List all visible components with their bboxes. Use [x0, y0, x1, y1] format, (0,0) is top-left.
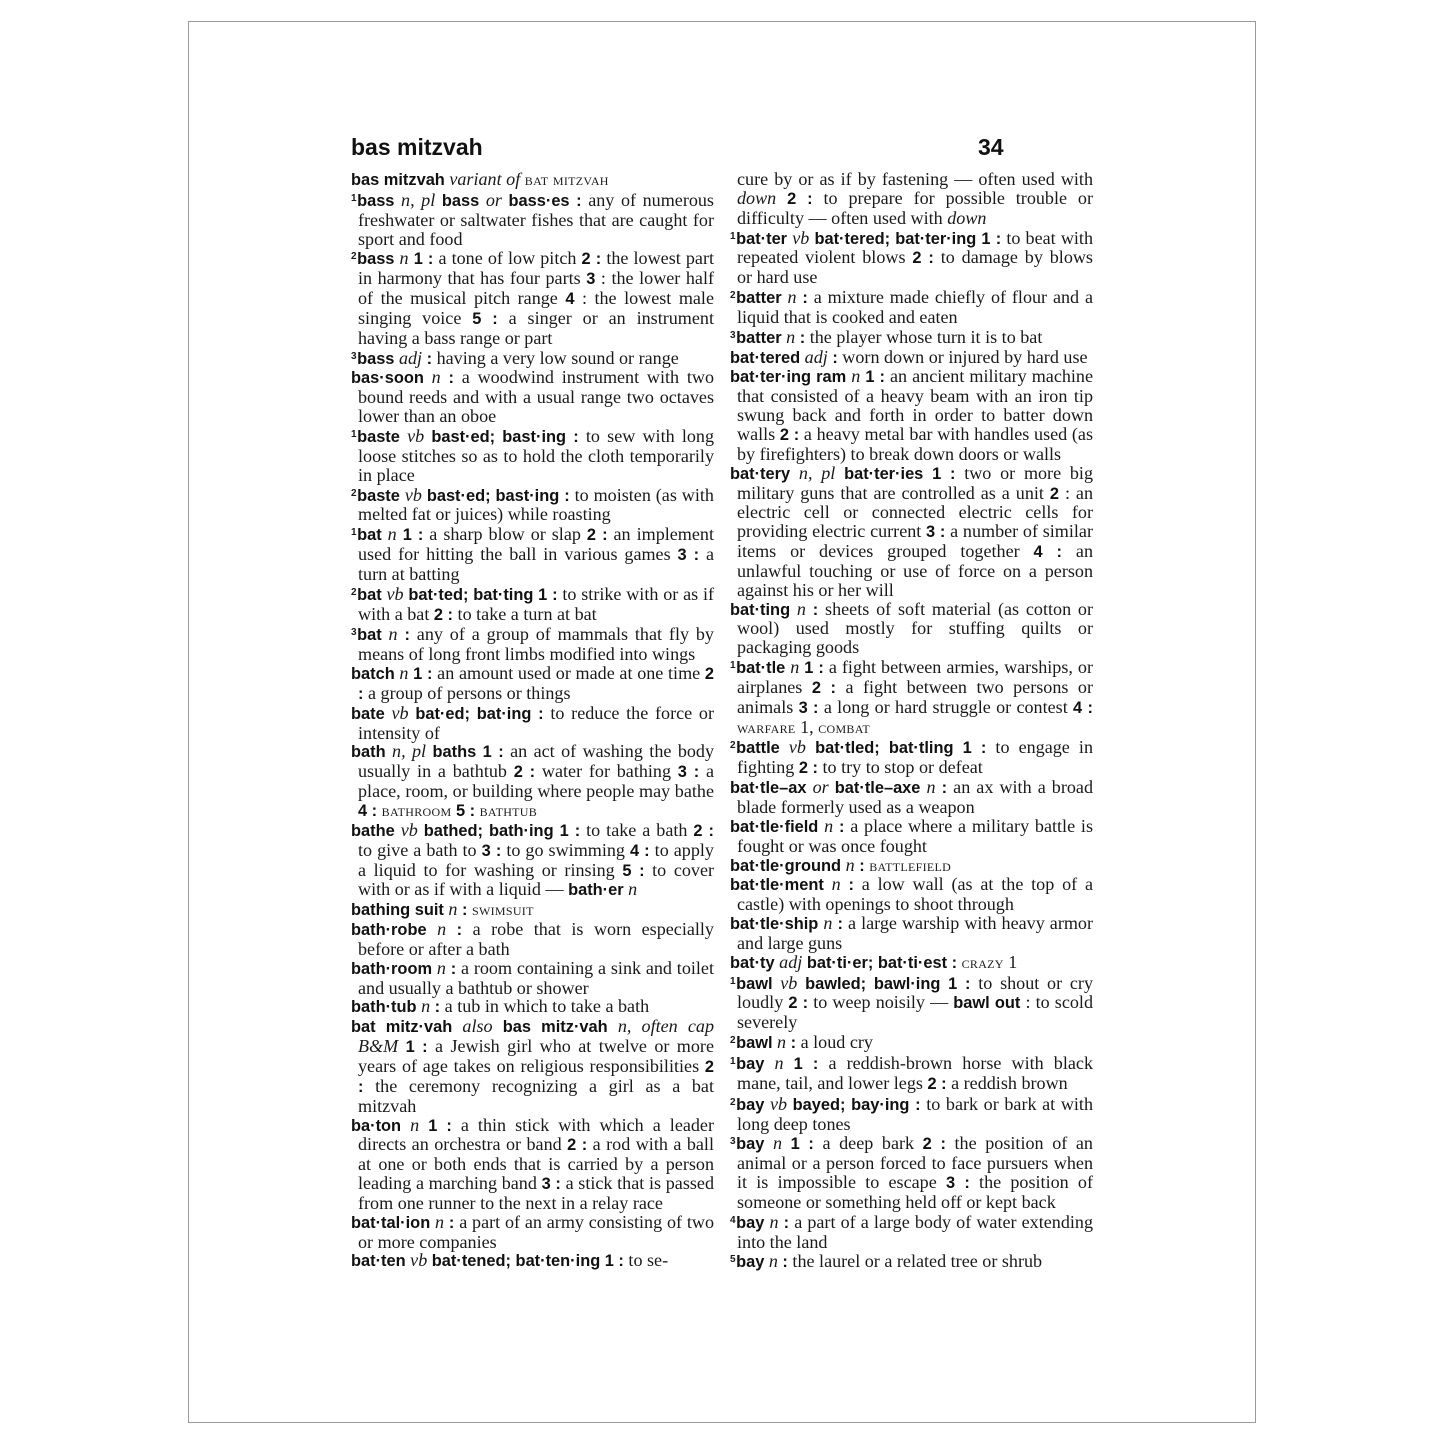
- headword: batch: [351, 665, 395, 683]
- headword: battle: [736, 739, 780, 757]
- definition-text: [806, 599, 813, 619]
- definition-text: [776, 188, 787, 208]
- italic-label: n: [769, 1251, 778, 1271]
- bold-text: 1 :: [932, 465, 955, 483]
- definition-text: [790, 463, 799, 483]
- headword: bay: [736, 1253, 764, 1271]
- bold-text: bast·ed; bast·ing :: [427, 487, 570, 505]
- headword: bat·tle·ground: [730, 857, 841, 875]
- headword: bathe: [351, 822, 395, 840]
- bold-text: 1 :: [414, 250, 434, 268]
- dictionary-entry: bat·tle·field n : a place where a milita…: [730, 817, 1093, 856]
- headword: bat·tered: [730, 349, 800, 367]
- definition-text: [479, 190, 486, 210]
- column-right: cure by or as if by fastening — often us…: [730, 170, 1093, 1272]
- italic-label: down: [947, 208, 986, 228]
- italic-label: variant of: [449, 169, 520, 189]
- definition-text: [954, 737, 963, 757]
- dictionary-entry: 2batter n : a mixture made chiefly of fl…: [730, 287, 1093, 327]
- bold-text: 3 :: [678, 763, 699, 781]
- definition-text: to try to stop or defeat: [818, 757, 983, 777]
- dictionary-entry: bath·room n : a room containing a sink a…: [351, 959, 714, 998]
- cross-reference: BATTLEFIELD: [869, 856, 951, 875]
- definition-text: [435, 190, 442, 210]
- bold-text: 2 :: [788, 994, 808, 1012]
- homograph-number: 1: [351, 527, 357, 538]
- column-left: bas mitzvah variant of BAT MITZVAH1bass …: [351, 170, 714, 1271]
- dictionary-entry: bat·tle·ment n : a low wall (as at the t…: [730, 875, 1093, 914]
- bold-text: bath·er: [568, 881, 624, 899]
- italic-label: n: [435, 1212, 444, 1232]
- dictionary-entry: bath·robe n : a robe that is worn especi…: [351, 920, 714, 959]
- definition-text: [446, 919, 457, 939]
- dictionary-entry: bathing suit n : SWIMSUIT: [351, 900, 714, 920]
- italic-label: vb: [770, 1094, 787, 1114]
- bold-text: 2 :: [587, 526, 608, 544]
- definition-text: [398, 1036, 405, 1056]
- italic-label: vb: [401, 820, 418, 840]
- dictionary-entry: bat·ten vb bat·tened; bat·ten·ing 1 : to…: [351, 1251, 714, 1271]
- italic-label: n: [790, 657, 799, 677]
- bold-text: 1 :: [560, 822, 581, 840]
- headword: bas·soon: [351, 369, 424, 387]
- definition-text: having a very low sound or range: [432, 348, 679, 368]
- italic-label: adj: [779, 952, 802, 972]
- headword: bat·tle·ship: [730, 915, 818, 933]
- italic-label: vb: [410, 1250, 427, 1270]
- definition-text: [427, 919, 438, 939]
- headword: bat·tle·field: [730, 818, 818, 836]
- definition-text: [764, 1133, 773, 1153]
- bold-text: 3 :: [542, 1175, 561, 1193]
- dictionary-entry: 1bass n, pl bass or bass·es : any of num…: [351, 190, 714, 249]
- italic-label: vb: [780, 973, 797, 993]
- bold-text: 2 :: [693, 822, 714, 840]
- italic-label: n: [797, 599, 806, 619]
- bold-text: :: [859, 857, 864, 875]
- italic-label: n: [421, 996, 430, 1016]
- bold-text: bat·ed; bat·ing :: [415, 705, 543, 723]
- definition-text: water for bathing: [535, 761, 678, 781]
- headword: bat·ter: [736, 230, 787, 248]
- homograph-number: 1: [730, 1056, 736, 1067]
- dictionary-entry: bat·tery n, pl bat·ter·ies 1 : two or mo…: [730, 464, 1093, 600]
- definition-text: [401, 1115, 410, 1135]
- dictionary-page: [188, 21, 1256, 1423]
- bold-text: bat·ti·er; bat·ti·est :: [807, 954, 957, 972]
- definition-text: [790, 599, 797, 619]
- dictionary-entry: 2bay vb bayed; bay·ing : to bark or bark…: [730, 1094, 1093, 1134]
- definition-text: a long or hard struggle or contest: [819, 697, 1074, 717]
- definition-text: a tone of low pitch: [433, 248, 581, 268]
- cross-reference: WARFARE: [737, 718, 796, 737]
- definition-text: 1,: [796, 717, 819, 737]
- headword: bat·ter·ing ram: [730, 368, 846, 386]
- italic-label: n: [851, 366, 860, 386]
- definition-text: to weep noisily —: [808, 992, 953, 1012]
- italic-label: n: [777, 1032, 786, 1052]
- definition-text: the player whose turn it is to bat: [805, 327, 1042, 347]
- headword: bawl: [736, 1034, 772, 1052]
- bold-text: 2 :: [799, 759, 818, 777]
- definition-text: [797, 973, 805, 993]
- italic-label: n, pl: [401, 190, 435, 210]
- homograph-number: 3: [351, 627, 357, 638]
- italic-label: n: [410, 1115, 419, 1135]
- definition-text: [382, 624, 389, 644]
- dictionary-entry: 4bay n : a part of a large body of water…: [730, 1212, 1093, 1252]
- headword: bass: [357, 192, 394, 210]
- definition-text: a loud cry: [796, 1032, 873, 1052]
- bold-text: 1 :: [791, 1135, 814, 1153]
- dictionary-entry: 3bass adj : having a very low sound or r…: [351, 348, 714, 369]
- bold-text: 2 :: [780, 426, 799, 444]
- headword: bat·tle·ment: [730, 876, 824, 894]
- definition-text: [835, 463, 844, 483]
- headword: bat·tle: [736, 659, 785, 677]
- headword: bat: [357, 526, 382, 544]
- bold-text: 2 :: [567, 1136, 587, 1154]
- dictionary-entry: bath·tub n : a tub in which to take a ba…: [351, 997, 714, 1017]
- headword: bath·tub: [351, 998, 417, 1016]
- definition-text: to give a bath to: [358, 840, 482, 860]
- italic-label: vb: [391, 703, 408, 723]
- headword: bat mitz·vah: [351, 1018, 452, 1036]
- headword: bat·tery: [730, 465, 790, 483]
- definition-text: a deep bark: [814, 1133, 923, 1153]
- bold-text: 2 :: [812, 679, 836, 697]
- dictionary-entry: ba·ton n 1 : a thin stick with which a l…: [351, 1116, 714, 1213]
- bold-text: bass: [442, 192, 479, 210]
- bold-text: 4 :: [358, 802, 377, 820]
- bold-text: 3 :: [482, 842, 502, 860]
- headword: bat·ty: [730, 954, 775, 972]
- bold-text: bathed; bath·ing: [424, 822, 554, 840]
- definition-text: a sharp blow or slap: [423, 524, 587, 544]
- dictionary-entry: 1bat·ter vb bat·tered; bat·ter·ing 1 : t…: [730, 228, 1093, 288]
- bold-text: 3 :: [799, 699, 819, 717]
- definition-text: [806, 737, 815, 757]
- headword: ba·ton: [351, 1117, 401, 1135]
- dictionary-entry: 1bawl vb bawled; bawl·ing 1 : to shout o…: [730, 973, 1093, 1033]
- definition-text: [764, 1053, 774, 1073]
- italic-label: n: [787, 287, 796, 307]
- bold-text: 1 :: [794, 1055, 819, 1073]
- italic-label: n: [389, 624, 398, 644]
- italic-label: or: [486, 190, 502, 210]
- dictionary-entry: bat·tal·ion n : a part of an army consis…: [351, 1213, 714, 1252]
- headword: bat·tal·ion: [351, 1214, 430, 1232]
- bold-text: bat·tled; bat·tling: [815, 739, 953, 757]
- dictionary-entry: 1baste vb bast·ed; bast·ing : to sew wit…: [351, 426, 714, 485]
- homograph-number: 1: [730, 231, 736, 242]
- bold-text: 2 :: [787, 190, 813, 208]
- bold-text: 1 :: [804, 659, 824, 677]
- headword: bay: [736, 1214, 764, 1232]
- bold-text: bawled; bawl·ing: [805, 975, 940, 993]
- cross-reference: COMBAT: [818, 718, 870, 737]
- bold-text: bat·tle–axe: [835, 779, 921, 797]
- bold-text: bast·ed; bast·ing :: [431, 428, 578, 446]
- definition-text: [493, 1016, 503, 1036]
- italic-label: n, pl: [392, 741, 426, 761]
- italic-label: n: [628, 879, 637, 899]
- homograph-number: 1: [730, 976, 736, 987]
- bold-text: 4 :: [1034, 543, 1063, 561]
- homograph-number: 2: [730, 1035, 736, 1046]
- italic-label: adj: [399, 348, 422, 368]
- headword: bat: [357, 626, 382, 644]
- definition-text: 1: [1004, 952, 1018, 972]
- italic-label: n: [437, 958, 446, 978]
- dictionary-entry: bat·ting n : sheets of soft material (as…: [730, 600, 1093, 658]
- bold-text: 1 :: [963, 739, 987, 757]
- homograph-number: 3: [351, 351, 357, 362]
- italic-label: n: [846, 855, 855, 875]
- definition-text: the laurel or a related tree or shrub: [788, 1251, 1042, 1271]
- headword: bath: [351, 743, 386, 761]
- definition-text: a tub in which to take a bath: [440, 996, 649, 1016]
- definition-text: cure by or as if by fastening — often us…: [737, 169, 1093, 189]
- bold-text: bayed; bay·ing :: [793, 1096, 921, 1114]
- dictionary-entry: bat mitz·vah also bas mitz·vah n, often …: [351, 1017, 714, 1115]
- dictionary-entry: bate vb bat·ed; bat·ing : to reduce the …: [351, 704, 714, 743]
- dictionary-entry: 2bawl n : a loud cry: [730, 1032, 1093, 1053]
- cross-reference: BAT MITZVAH: [525, 170, 609, 189]
- headword: bat·tle–ax: [730, 779, 807, 797]
- homograph-number: 2: [730, 1097, 736, 1108]
- definition-text: [424, 367, 432, 387]
- italic-label: n: [927, 777, 936, 797]
- headword: bat·ten: [351, 1252, 406, 1270]
- definition-text: a reddish brown: [947, 1073, 1068, 1093]
- definition-text: [452, 1016, 462, 1036]
- headword: bath·robe: [351, 921, 427, 939]
- headword: bay: [736, 1096, 764, 1114]
- italic-label: n: [400, 248, 409, 268]
- dictionary-entry: bat·ty adj bat·ti·er; bat·ti·est : CRAZY…: [730, 953, 1093, 973]
- dictionary-entry: 2bass n 1 : a tone of low pitch 2 : the …: [351, 248, 714, 347]
- bold-text: 3 :: [678, 546, 700, 564]
- italic-label: n, pl: [799, 463, 835, 483]
- bold-text: 2 :: [923, 1135, 946, 1153]
- italic-label: also: [462, 1016, 492, 1036]
- homograph-number: 4: [730, 1215, 736, 1226]
- headword: bass: [357, 350, 394, 368]
- italic-label: n: [773, 1133, 782, 1153]
- definition-text: [608, 1016, 618, 1036]
- definition-text: to se-: [624, 1250, 668, 1270]
- headword: bass: [357, 250, 394, 268]
- italic-label: vb: [407, 426, 424, 446]
- dictionary-entry: 3bat n : any of a group of mammals that …: [351, 624, 714, 664]
- italic-label: vb: [386, 584, 403, 604]
- homograph-number: 3: [730, 330, 736, 341]
- italic-label: n: [388, 524, 397, 544]
- homograph-number: 1: [351, 193, 357, 204]
- bold-text: 3: [586, 270, 595, 288]
- guide-word: bas mitzvah: [351, 134, 483, 161]
- homograph-number: 5: [730, 1254, 736, 1265]
- dictionary-entry: 5bay n : the laurel or a related tree or…: [730, 1251, 1093, 1272]
- bold-text: 1 :: [406, 1038, 428, 1056]
- homograph-number: 2: [730, 290, 736, 301]
- bold-text: 2 :: [582, 250, 602, 268]
- bold-text: baths: [433, 743, 477, 761]
- italic-label: vb: [789, 737, 806, 757]
- bold-text: 2 :: [514, 763, 535, 781]
- headword: bat: [357, 586, 382, 604]
- definition-text: [940, 973, 948, 993]
- bold-text: 1 :: [981, 230, 1001, 248]
- definition-text: to go swimming: [501, 840, 630, 860]
- dictionary-entry: bat·tle·ship n : a large warship with he…: [730, 914, 1093, 953]
- dictionary-entry: 2battle vb bat·tled; bat·tling 1 : to en…: [730, 737, 1093, 778]
- dictionary-entry: 2baste vb bast·ed; bast·ing : to moisten…: [351, 485, 714, 525]
- dictionary-entry: bas mitzvah variant of BAT MITZVAH: [351, 170, 714, 190]
- bold-text: bawl out: [953, 994, 1020, 1012]
- bold-text: 1 :: [605, 1252, 624, 1270]
- homograph-number: 1: [351, 429, 357, 440]
- cross-reference: CRAZY: [962, 953, 1004, 972]
- homograph-number: 1: [730, 660, 736, 671]
- dictionary-entry: 3batter n : the player whose turn it is …: [730, 327, 1093, 348]
- bold-text: bat·ted; bat·ting: [408, 586, 533, 604]
- bold-text: 2 :: [912, 249, 933, 267]
- homograph-number: 3: [730, 1136, 736, 1147]
- definition-text: [502, 190, 509, 210]
- definition-text: any of a group of mammals that fly by me…: [358, 624, 714, 664]
- bold-text: bat·tered; bat·ter·ing: [814, 230, 976, 248]
- dictionary-entry: bat·tered adj : worn down or injured by …: [730, 348, 1093, 368]
- bold-text: 5 :: [472, 310, 498, 328]
- definition-text: the ceremony recognizing a girl as a bat…: [358, 1076, 714, 1116]
- bold-text: 3 :: [946, 1174, 970, 1192]
- definition-text: a part of a large body of water extendin…: [737, 1212, 1093, 1252]
- bold-text: 1 :: [413, 665, 432, 683]
- homograph-number: 2: [351, 587, 357, 598]
- entry-continuation: cure by or as if by fastening — often us…: [730, 170, 1093, 228]
- dictionary-entry: 1bat·tle n 1 : a fight between armies, w…: [730, 657, 1093, 737]
- dictionary-entry: bat·tle·ground n : BATTLEFIELD: [730, 856, 1093, 876]
- headword: bat·ting: [730, 601, 790, 619]
- homograph-number: 2: [351, 251, 357, 262]
- dictionary-entry: 1bat n 1 : a sharp blow or slap 2 : an i…: [351, 524, 714, 584]
- bold-text: bas mitz·vah: [503, 1018, 608, 1036]
- dictionary-entry: 3bay n 1 : a deep bark 2 : the position …: [730, 1133, 1093, 1211]
- definition-text: an amount used or made at one time: [432, 663, 704, 683]
- dictionary-entry: bat·ter·ing ram n 1 : an ancient militar…: [730, 367, 1093, 463]
- dictionary-entry: batch n 1 : an amount used or made at on…: [351, 664, 714, 704]
- headword: bath·room: [351, 960, 432, 978]
- cross-reference: SWIMSUIT: [472, 900, 534, 919]
- bold-text: bass·es :: [509, 192, 582, 210]
- italic-label: n: [832, 874, 841, 894]
- bold-text: 1 :: [483, 743, 504, 761]
- headword: bate: [351, 705, 385, 723]
- headword: bay: [736, 1135, 764, 1153]
- dictionary-entry: bat·tle–ax or bat·tle–axe n : an ax with…: [730, 778, 1093, 817]
- bold-text: 1 :: [428, 1117, 452, 1135]
- definition-text: [780, 737, 789, 757]
- definition-text: [419, 1115, 428, 1135]
- dictionary-entry: bathe vb bathed; bath·ing 1 : to take a …: [351, 821, 714, 900]
- italic-label: n: [786, 327, 795, 347]
- bold-text: 2 :: [434, 606, 453, 624]
- bold-text: 5 :: [456, 802, 475, 820]
- bold-text: bat·tened; bat·ten·ing: [432, 1252, 600, 1270]
- dictionary-entry: bath n, pl baths 1 : an act of washing t…: [351, 742, 714, 820]
- bold-text: bat·ter·ies: [844, 465, 923, 483]
- bold-text: 5 :: [622, 862, 644, 880]
- italic-label: n: [824, 816, 833, 836]
- definition-text: [783, 1053, 793, 1073]
- headword: batter: [736, 289, 782, 307]
- bold-text: 3 :: [926, 523, 945, 541]
- definition-text: [923, 463, 932, 483]
- cross-reference: BATHROOM: [382, 801, 452, 820]
- italic-label: down: [737, 188, 776, 208]
- italic-label: vb: [792, 228, 809, 248]
- italic-label: n: [437, 919, 446, 939]
- bold-text: 1 :: [948, 975, 970, 993]
- homograph-number: 2: [730, 740, 736, 751]
- definition-text: [824, 874, 832, 894]
- definition-text: [782, 1133, 791, 1153]
- headword: bas mitzvah: [351, 171, 445, 189]
- headword: bay: [736, 1055, 764, 1073]
- cross-reference: BATHTUB: [480, 801, 537, 820]
- bold-text: 2: [1050, 485, 1059, 503]
- homograph-number: 2: [351, 488, 357, 499]
- italic-label: vb: [405, 485, 422, 505]
- bold-text: 1 :: [865, 368, 885, 386]
- headword: baste: [357, 428, 400, 446]
- italic-label: adj: [805, 347, 828, 367]
- italic-label: n: [432, 367, 441, 387]
- bold-text: 1 :: [538, 586, 557, 604]
- definition-text: to take a bath: [580, 820, 693, 840]
- italic-label: or: [813, 777, 829, 797]
- definition-text: a group of persons or things: [363, 683, 570, 703]
- bold-text: 2 :: [927, 1075, 946, 1093]
- bold-text: 1 :: [403, 526, 424, 544]
- headword: bathing suit: [351, 901, 444, 919]
- bold-text: 4 :: [1073, 699, 1093, 717]
- dictionary-entry: 1bay n 1 : a reddish-brown horse with bl…: [730, 1053, 1093, 1094]
- definition-text: to take a turn at bat: [453, 604, 597, 624]
- definition-text: [400, 426, 407, 446]
- headword: batter: [736, 329, 782, 347]
- page-number: 34: [978, 134, 1004, 161]
- dictionary-entry: 2bat vb bat·ted; bat·ting 1 : to strike …: [351, 584, 714, 625]
- definition-text: worn down or injured by hard use: [838, 347, 1088, 367]
- headword: baste: [357, 487, 400, 505]
- dictionary-entry: bas·soon n : a woodwind instrument with …: [351, 368, 714, 426]
- bold-text: 4 :: [630, 842, 650, 860]
- headword: bawl: [736, 975, 772, 993]
- definition-text: [441, 367, 449, 387]
